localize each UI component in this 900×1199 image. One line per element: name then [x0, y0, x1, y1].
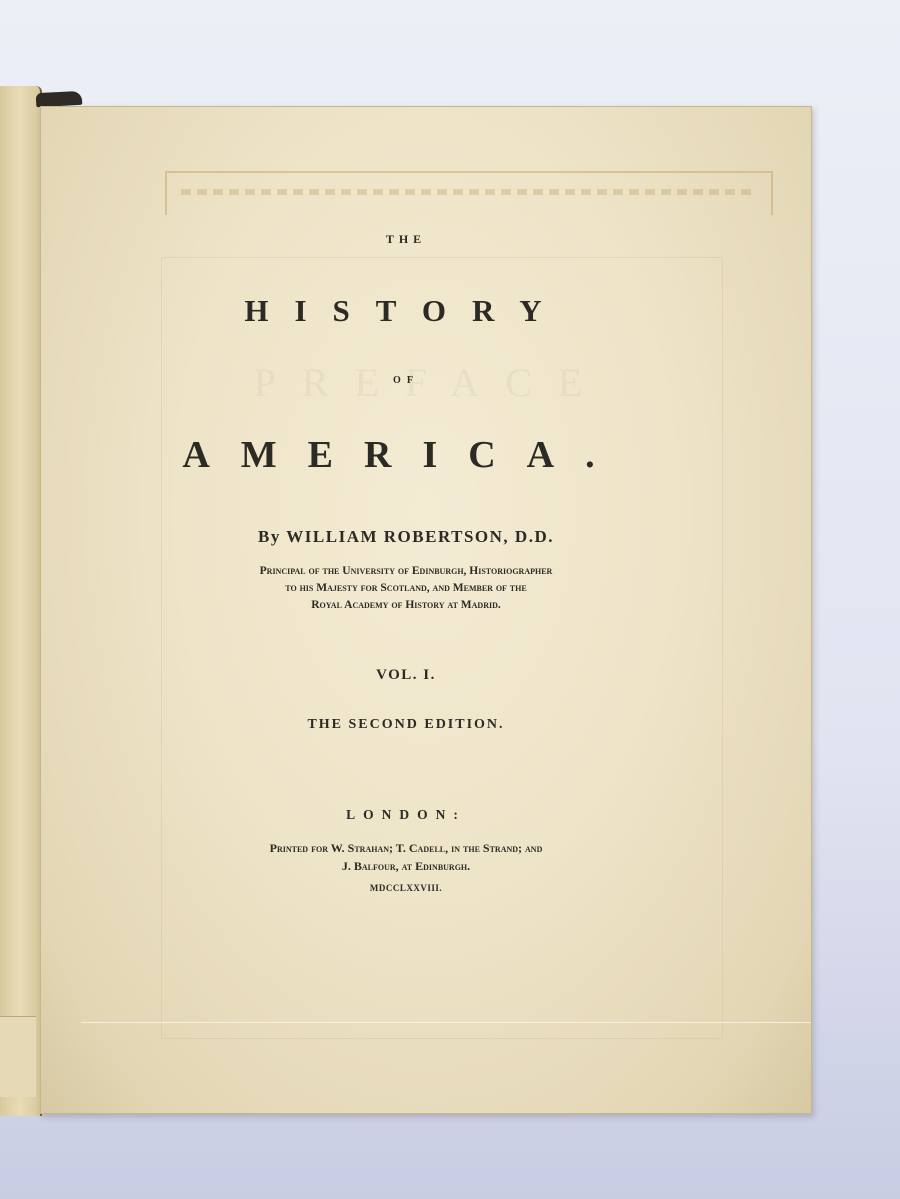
author-credentials: Principal of the University of Edinburgh…	[21, 563, 791, 614]
page-crease	[81, 1022, 811, 1023]
credentials-line: Principal of the University of Edinburgh…	[21, 563, 791, 580]
title-the: THE	[21, 232, 791, 247]
printers-line: Printed for W. Strahan; T. Cadell, in th…	[21, 839, 791, 857]
imprint-city: LONDON:	[21, 807, 791, 823]
printers-line: J. Balfour, at Edinburgh.	[21, 857, 791, 875]
bleed-through-ornament	[181, 189, 757, 195]
book-photo: PREFACE THE HISTORY OF AMERICA. By WILLI…	[0, 0, 900, 1199]
leaf-fold	[0, 1016, 36, 1097]
title-of: OF	[21, 375, 791, 386]
edition-label: THE SECOND EDITION.	[21, 717, 791, 733]
volume-label: VOL. I.	[21, 667, 791, 684]
title-history: HISTORY	[21, 293, 791, 329]
credentials-line: to his Majesty for Scotland, and Member …	[21, 580, 791, 597]
binding-thread-top	[36, 91, 83, 107]
title-america: AMERICA.	[19, 433, 789, 477]
credentials-line: Royal Academy of History at Madrid.	[21, 597, 791, 614]
bleed-through-header-rule	[165, 171, 773, 215]
title-page: PREFACE THE HISTORY OF AMERICA. By WILLI…	[40, 106, 812, 1114]
author-line: By WILLIAM ROBERTSON, D.D.	[21, 527, 791, 547]
imprint-printers: Printed for W. Strahan; T. Cadell, in th…	[21, 839, 791, 875]
imprint-year: MDCCLXXVIII.	[21, 883, 791, 893]
